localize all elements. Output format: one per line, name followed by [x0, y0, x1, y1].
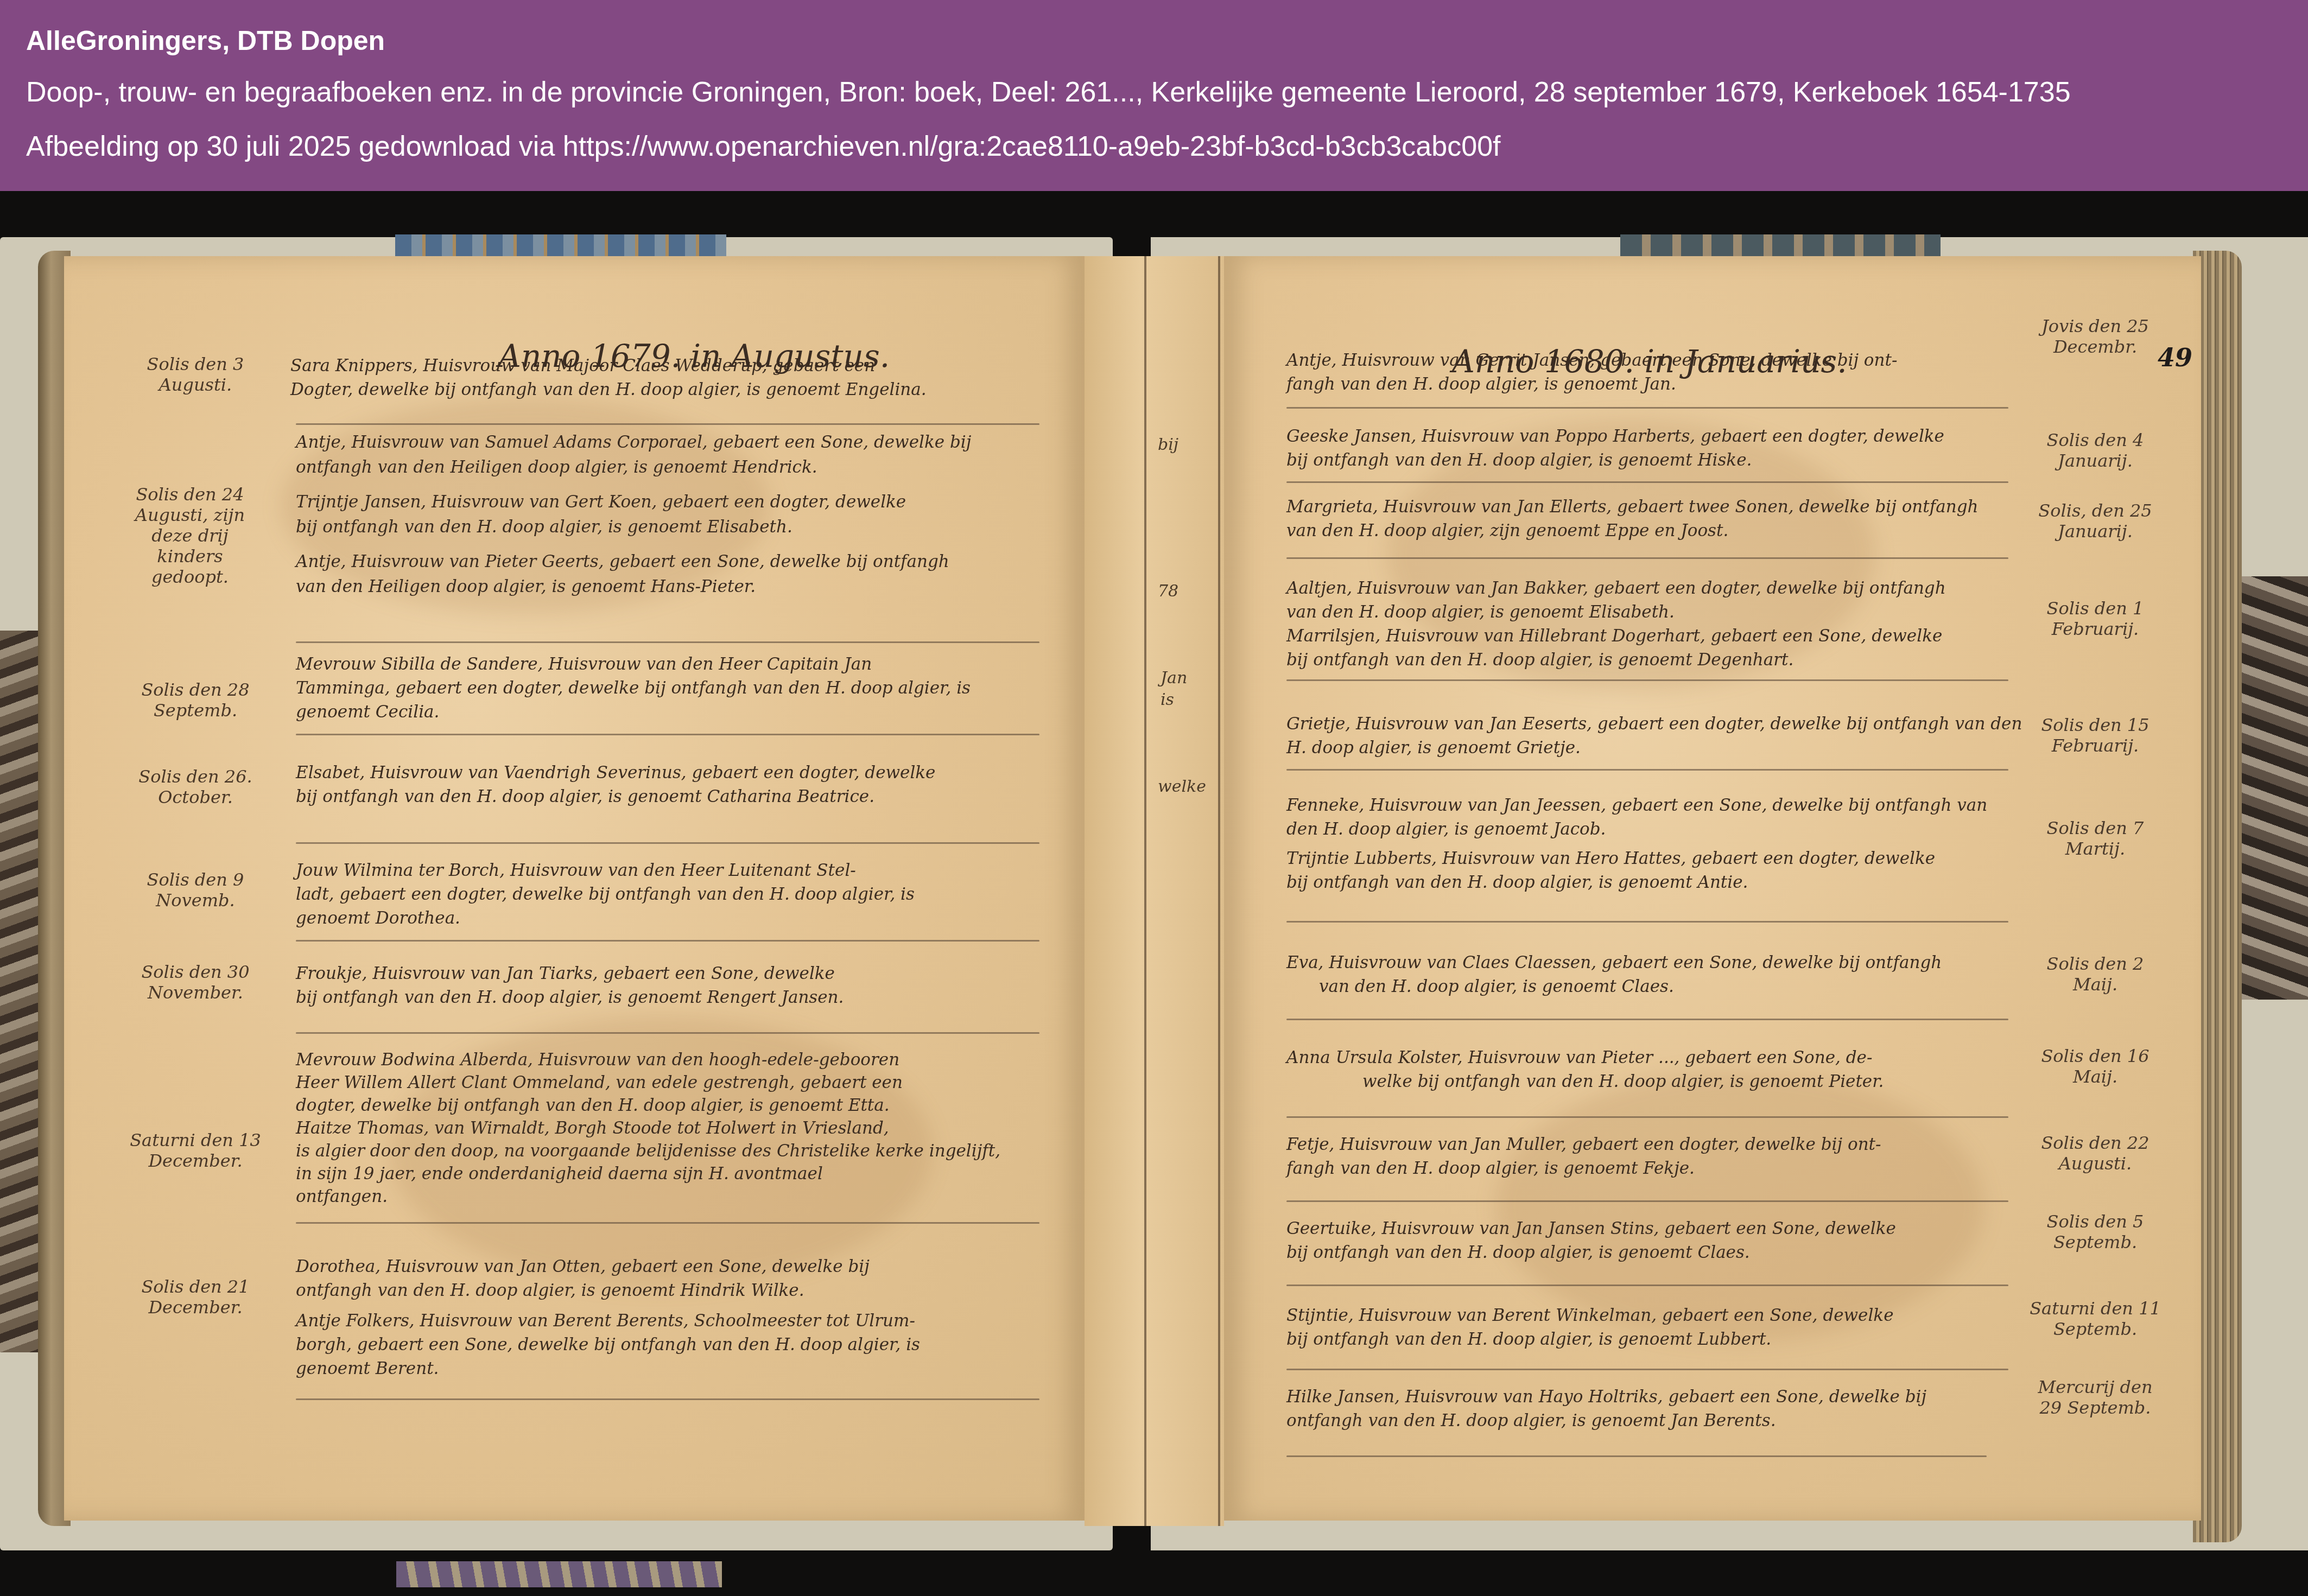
spine-headband-left: [395, 234, 726, 258]
entry-date: Solis den 2 Maij.: [2025, 953, 2166, 995]
entry-divider: [1286, 679, 2008, 681]
entry-date: Solis den 4 Januarij.: [2025, 430, 2166, 471]
gutter-note: Jan: [1161, 669, 1187, 688]
gutter-note: bij: [1158, 435, 1178, 454]
entry-divider: [296, 1398, 1039, 1400]
entry-divider: [1286, 1369, 2008, 1370]
entry-date: Solis den 15 Februarij.: [2025, 715, 2166, 756]
entry-divider: [296, 641, 1039, 643]
source-description: Doop-, trouw- en begraafboeken enz. in d…: [26, 76, 2071, 109]
gutter-note: welke: [1158, 777, 1206, 796]
entry-date: Solis den 7 Martij.: [2025, 818, 2166, 859]
gutter-note: 78: [1158, 582, 1178, 601]
entry-divider: [1286, 557, 2008, 559]
entry-divider: [1286, 1455, 1987, 1457]
entry-divider: [296, 423, 1039, 425]
entry-date: Solis den 5 Septemb.: [2025, 1211, 2166, 1252]
download-attribution: Afbeelding op 30 juli 2025 gedownload vi…: [26, 130, 1501, 163]
entry-date: Jovis den 25 Decembr.: [2025, 316, 2166, 357]
entry-divider: [1286, 1116, 2008, 1118]
marbled-endpaper-left: [0, 631, 38, 1352]
header-banner: AlleGroningers, DTB Dopen Doop-, trouw- …: [0, 0, 2308, 191]
entry-divider: [1286, 921, 2008, 923]
scanned-register-image: Anno 1679. in Augustus. bij 78 Jan is we…: [0, 191, 2308, 1596]
entry-date: Solis den 22 Augusti.: [2025, 1133, 2166, 1174]
marbled-endpaper-right: [2242, 576, 2308, 1000]
spine-headband-right: [1620, 234, 1941, 258]
entry-divider: [1286, 1019, 2008, 1020]
archive-title: AlleGroningers, DTB Dopen: [26, 25, 385, 56]
entry-date: Saturni den 11 Septemb.: [2025, 1298, 2166, 1339]
entry-divider: [296, 842, 1039, 844]
entry-divider: [1286, 481, 2008, 483]
gutter-note: is: [1161, 690, 1174, 709]
entry-divider: [1286, 1285, 2008, 1286]
entry-divider: [296, 940, 1039, 942]
entry-date: Solis den 1 Februarij.: [2025, 598, 2166, 639]
entry-divider: [296, 1032, 1039, 1034]
entry-divider: [296, 1222, 1039, 1224]
entry-date: Mercurij den 29 Septemb.: [2025, 1377, 2166, 1418]
entry-date: Solis, den 25 Januarij.: [2025, 500, 2166, 542]
book-gutter: bij 78 Jan is welke: [1085, 256, 1224, 1526]
entry-divider: [1286, 407, 2008, 409]
entry-divider: [1286, 769, 2008, 771]
entry-divider: [296, 734, 1039, 735]
spine-tailband: [396, 1561, 722, 1587]
entry-date: Solis den 16 Maij.: [2025, 1046, 2166, 1087]
entry-divider: [1286, 1200, 2008, 1202]
